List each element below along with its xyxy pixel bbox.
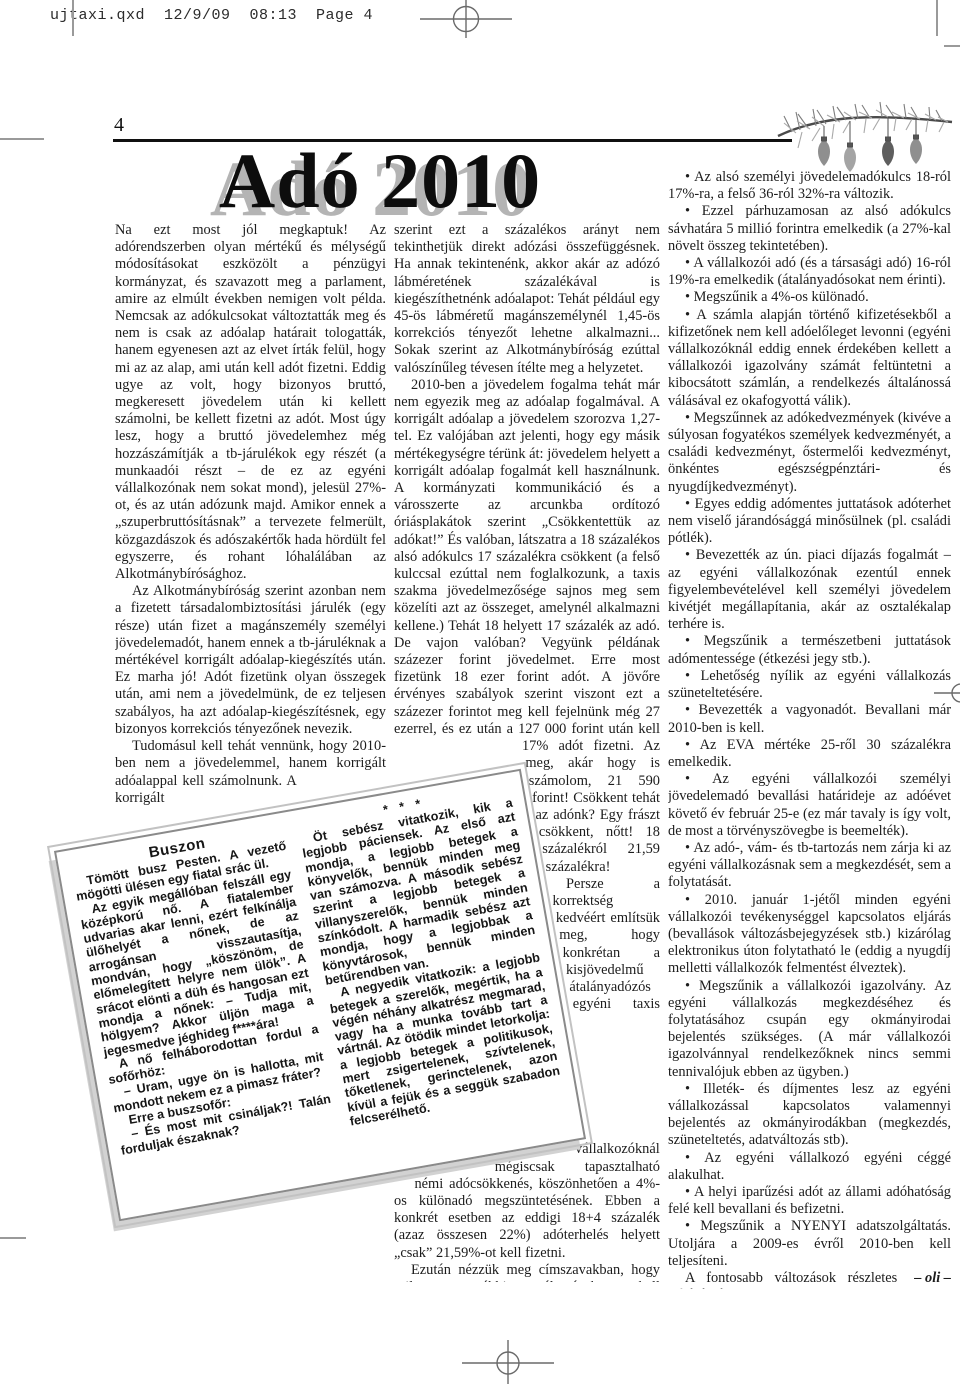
pine-branch-ornament-icon (776, 88, 956, 182)
crop-mark-top-right-horizontal (944, 45, 960, 47)
bullet-item: • Ezzel párhuzamosan az alsó adókulcs sá… (668, 203, 951, 255)
author-signature: – oli – (897, 1270, 951, 1287)
bullet-item: • Bevezették a vagyonadót. Bevallani már… (668, 702, 951, 736)
bullet-item: • Lehetőség nyílik az egyéni vállalkozás… (668, 668, 951, 702)
registration-mark-top-center (420, 0, 512, 40)
crop-mark-top-right-vertical (936, 0, 938, 36)
bullet-item: • 2010. január 1-jétől minden egyéni vál… (668, 892, 951, 978)
page-number: 4 (114, 114, 124, 137)
bullet-item: • Illeték- és díjmentes lesz az egyéni v… (668, 1081, 951, 1150)
article-title: Adó 2010 (100, 142, 660, 220)
bullet-item: • Megszűnnek az adókedvezmények (kivéve … (668, 410, 951, 496)
article-column-3: • Az alsó személyi jövedelemadókulcs 18-… (668, 169, 951, 1289)
closing-text: A fontosabb változások részletes leírásá… (668, 1270, 897, 1289)
bullet-item: • Az egyéni vállalkozói személyi jövedel… (668, 771, 951, 840)
bullet-item: • A vállalkozói adó (és a társasági adó)… (668, 255, 951, 289)
bullet-item: • Az alsó személyi jövedelemadókulcs 18-… (668, 169, 951, 203)
bullet-item: • Megszűnik a 4%-os különadó. (668, 289, 951, 306)
bullet-item: • A számla alapján történő kifizetésekbő… (668, 307, 951, 410)
closing-paragraph: – oli –A fontosabb változások részletes … (668, 1270, 951, 1289)
joke-column-right: * * * Öt sebész vitatkozik, kik a legjob… (296, 781, 570, 1169)
bullet-item: • A helyi iparűzési adót az állami adóha… (668, 1184, 951, 1218)
article-paragraph: Az Alkotmánybíróság szerint azonban nem … (115, 583, 386, 738)
bullet-item: • Megszűnik a természetbeni juttatások a… (668, 633, 951, 667)
document-page: ujtaxi.qxd 12/9/09 08:13 Page 4 4 (0, 0, 960, 1384)
crop-mark-top-left (72, 0, 74, 36)
bullet-item: • Megszűnik a NYENYI adatszolgáltatás. U… (668, 1218, 951, 1270)
joke-column-left: Buszon Tömött busz Pesten. A vezető mögö… (69, 821, 343, 1209)
bullet-item: • Az egyéni vállalkozó egyéni céggé alak… (668, 1150, 951, 1184)
article-paragraph: Na ezt most jól megkaptuk! Az adórendsze… (115, 222, 386, 583)
crop-mark-bottom-left (0, 1237, 26, 1239)
article-paragraph: szerint ezt a százalékos arányt nem teki… (394, 222, 660, 377)
bullet-item: • Az adó-, vám- és tb-tartozás nem zárja… (668, 840, 951, 892)
article-paragraph: Ezután nézzük meg címszavakban, hogy mil… (394, 1262, 660, 1282)
bullet-item: • Egyes eddig adómentes juttatások adóte… (668, 496, 951, 548)
bullet-item: • Megszűnik a vállalkozói igazolvány. Az… (668, 978, 951, 1081)
crop-mark-left-edge (0, 138, 44, 140)
window-header-text: ujtaxi.qxd 12/9/09 08:13 Page 4 (50, 7, 373, 24)
bullet-item: • Bevezették az ún. piaci díjazás fogalm… (668, 547, 951, 633)
bullet-item: • Az EVA mértéke 25-ről 30 százalékra em… (668, 737, 951, 771)
registration-mark-bottom-center (462, 1340, 554, 1384)
